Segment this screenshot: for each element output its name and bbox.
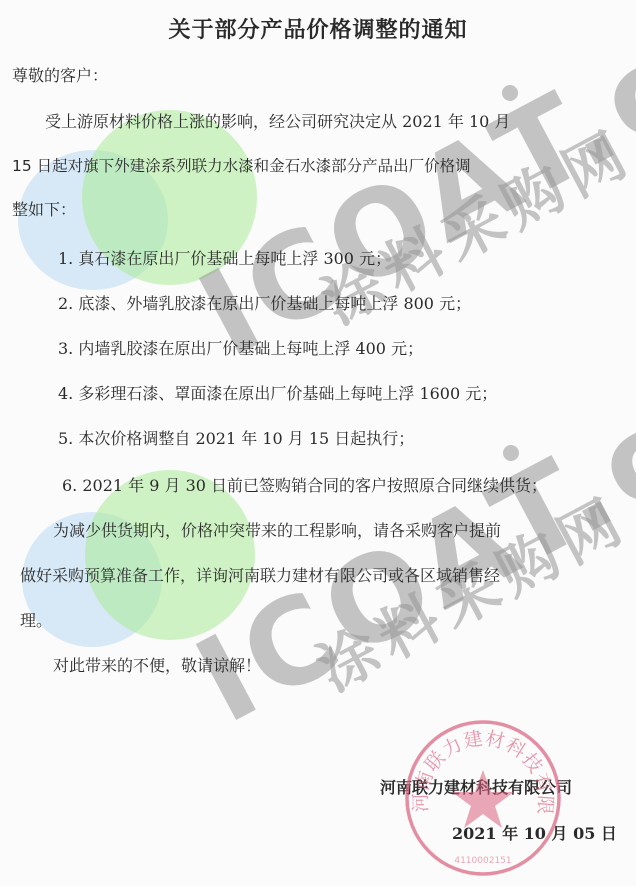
adjustment-item-1: 1. 真石漆在原出厂价基础上每吨上浮 300 元； xyxy=(58,249,391,269)
document-title: 关于部分产品价格调整的通知 xyxy=(0,20,636,40)
adjustment-item-5: 5. 本次价格调整自 2021 年 10 月 15 日起执行； xyxy=(58,429,414,449)
watermark-logo-dot-bottom xyxy=(503,445,519,461)
adjustment-item-6: 6. 2021 年 9 月 30 日前已签购销合同的客户按照原合同继续供货； xyxy=(62,476,547,496)
intro-line-3: 整如下： xyxy=(12,200,76,220)
intro-line-2: 15 日起对旗下外建涂系列联力水漆和金石水漆部分产品出厂价格调 xyxy=(12,156,471,176)
apology-line: 对此带来的不便，敬请谅解！ xyxy=(53,656,261,676)
star-icon xyxy=(452,770,514,828)
intro-line-1: 受上游原材料价格上涨的影响，经公司研究决定从 2021 年 10 月 xyxy=(45,112,510,132)
salutation: 尊敬的客户： xyxy=(12,66,108,86)
adjustment-item-3: 3. 内墙乳胶漆在原出厂价基础上每吨上浮 400 元； xyxy=(58,339,423,359)
scanned-notice-page: ICOAT.cc 涂料采购网 ICOAT.cc 涂料采购网 关于部分产品价格调整… xyxy=(0,0,636,886)
closing-line-1: 为减少供货期内，价格冲突带来的工程影响，请各采购客户提前 xyxy=(53,521,501,541)
adjustment-item-2: 2. 底漆、外墙乳胶漆在原出厂价基础上每吨上浮 800 元； xyxy=(58,294,471,314)
seal-code: 4110002151 xyxy=(454,856,511,866)
watermark-logo-dot-top xyxy=(502,85,518,101)
adjustment-item-4: 4. 多彩理石漆、罩面漆在原出厂价基础上每吨上浮 1600 元； xyxy=(58,384,497,404)
closing-line-2: 做好采购预算准备工作，详询河南联力建材有限公司或各区域销售经 xyxy=(20,566,500,586)
closing-line-3: 理。 xyxy=(20,611,52,631)
company-seal-stamp: 河南联力建材科技有限公司 4110002151 xyxy=(403,718,563,878)
